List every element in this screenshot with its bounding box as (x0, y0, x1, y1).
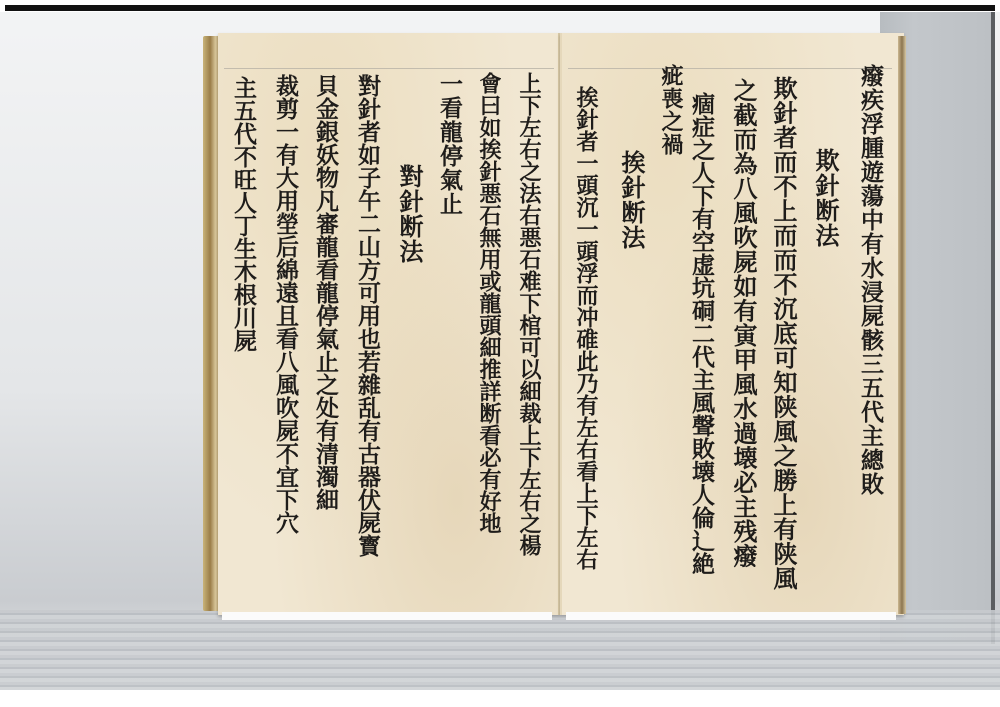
text-column: 一看龍停氣止 (434, 72, 464, 216)
page-underlay-left (222, 612, 552, 620)
scanner-bed (0, 610, 1000, 690)
scan-bottom-margin (0, 690, 1000, 707)
text-column: 上下左右之法右悪石难下棺可以細裁上下左右之楊 (514, 72, 544, 556)
text-column: 痼症之人下有空虚坑硐二代主風聲敗壊人倫辶絶 (686, 92, 716, 575)
text-column: 會曰如挨針悪石無用或龍頭細推詳断看必有好地 (474, 72, 504, 534)
scanner-edge (991, 12, 995, 644)
top-rule-right (568, 68, 892, 69)
text-column: 主五代不旺人丁生木根川屍 (228, 76, 258, 352)
text-column: 癈疾浮腫遊蕩中有水浸屍骸三五代主總敗 (856, 64, 884, 496)
section-heading: 欺針断法 (810, 148, 840, 248)
section-heading: 挨針断法 (616, 150, 646, 250)
text-column: 疵喪之禍 (656, 64, 686, 156)
page-underlay-right (566, 612, 896, 620)
text-column: 挨針者一頭沉一頭浮而冲碓此乃有左右看上下左右 (572, 86, 600, 570)
text-column: 貝金銀妖物凡審龍看龍停氣止之处有清濁細 (310, 74, 340, 511)
book-right-edge (898, 36, 906, 614)
text-column: 欺針者而不上而而不沉底可知陕風之勝上有陕風 (768, 76, 798, 591)
text-column: 裁剪一有大用塋后綿遠且看八風吹屍不宜下穴 (270, 74, 300, 534)
text-column: 之截而為八風吹屍如有寅甲風水過壊必主残癈 (728, 78, 758, 568)
section-heading: 對針断法 (394, 164, 424, 264)
scan-top-border (5, 5, 995, 11)
text-column: 對針者如子午二山方可用也若雜乱有古器伏屍寳 (352, 74, 382, 557)
top-rule-left (224, 68, 554, 69)
